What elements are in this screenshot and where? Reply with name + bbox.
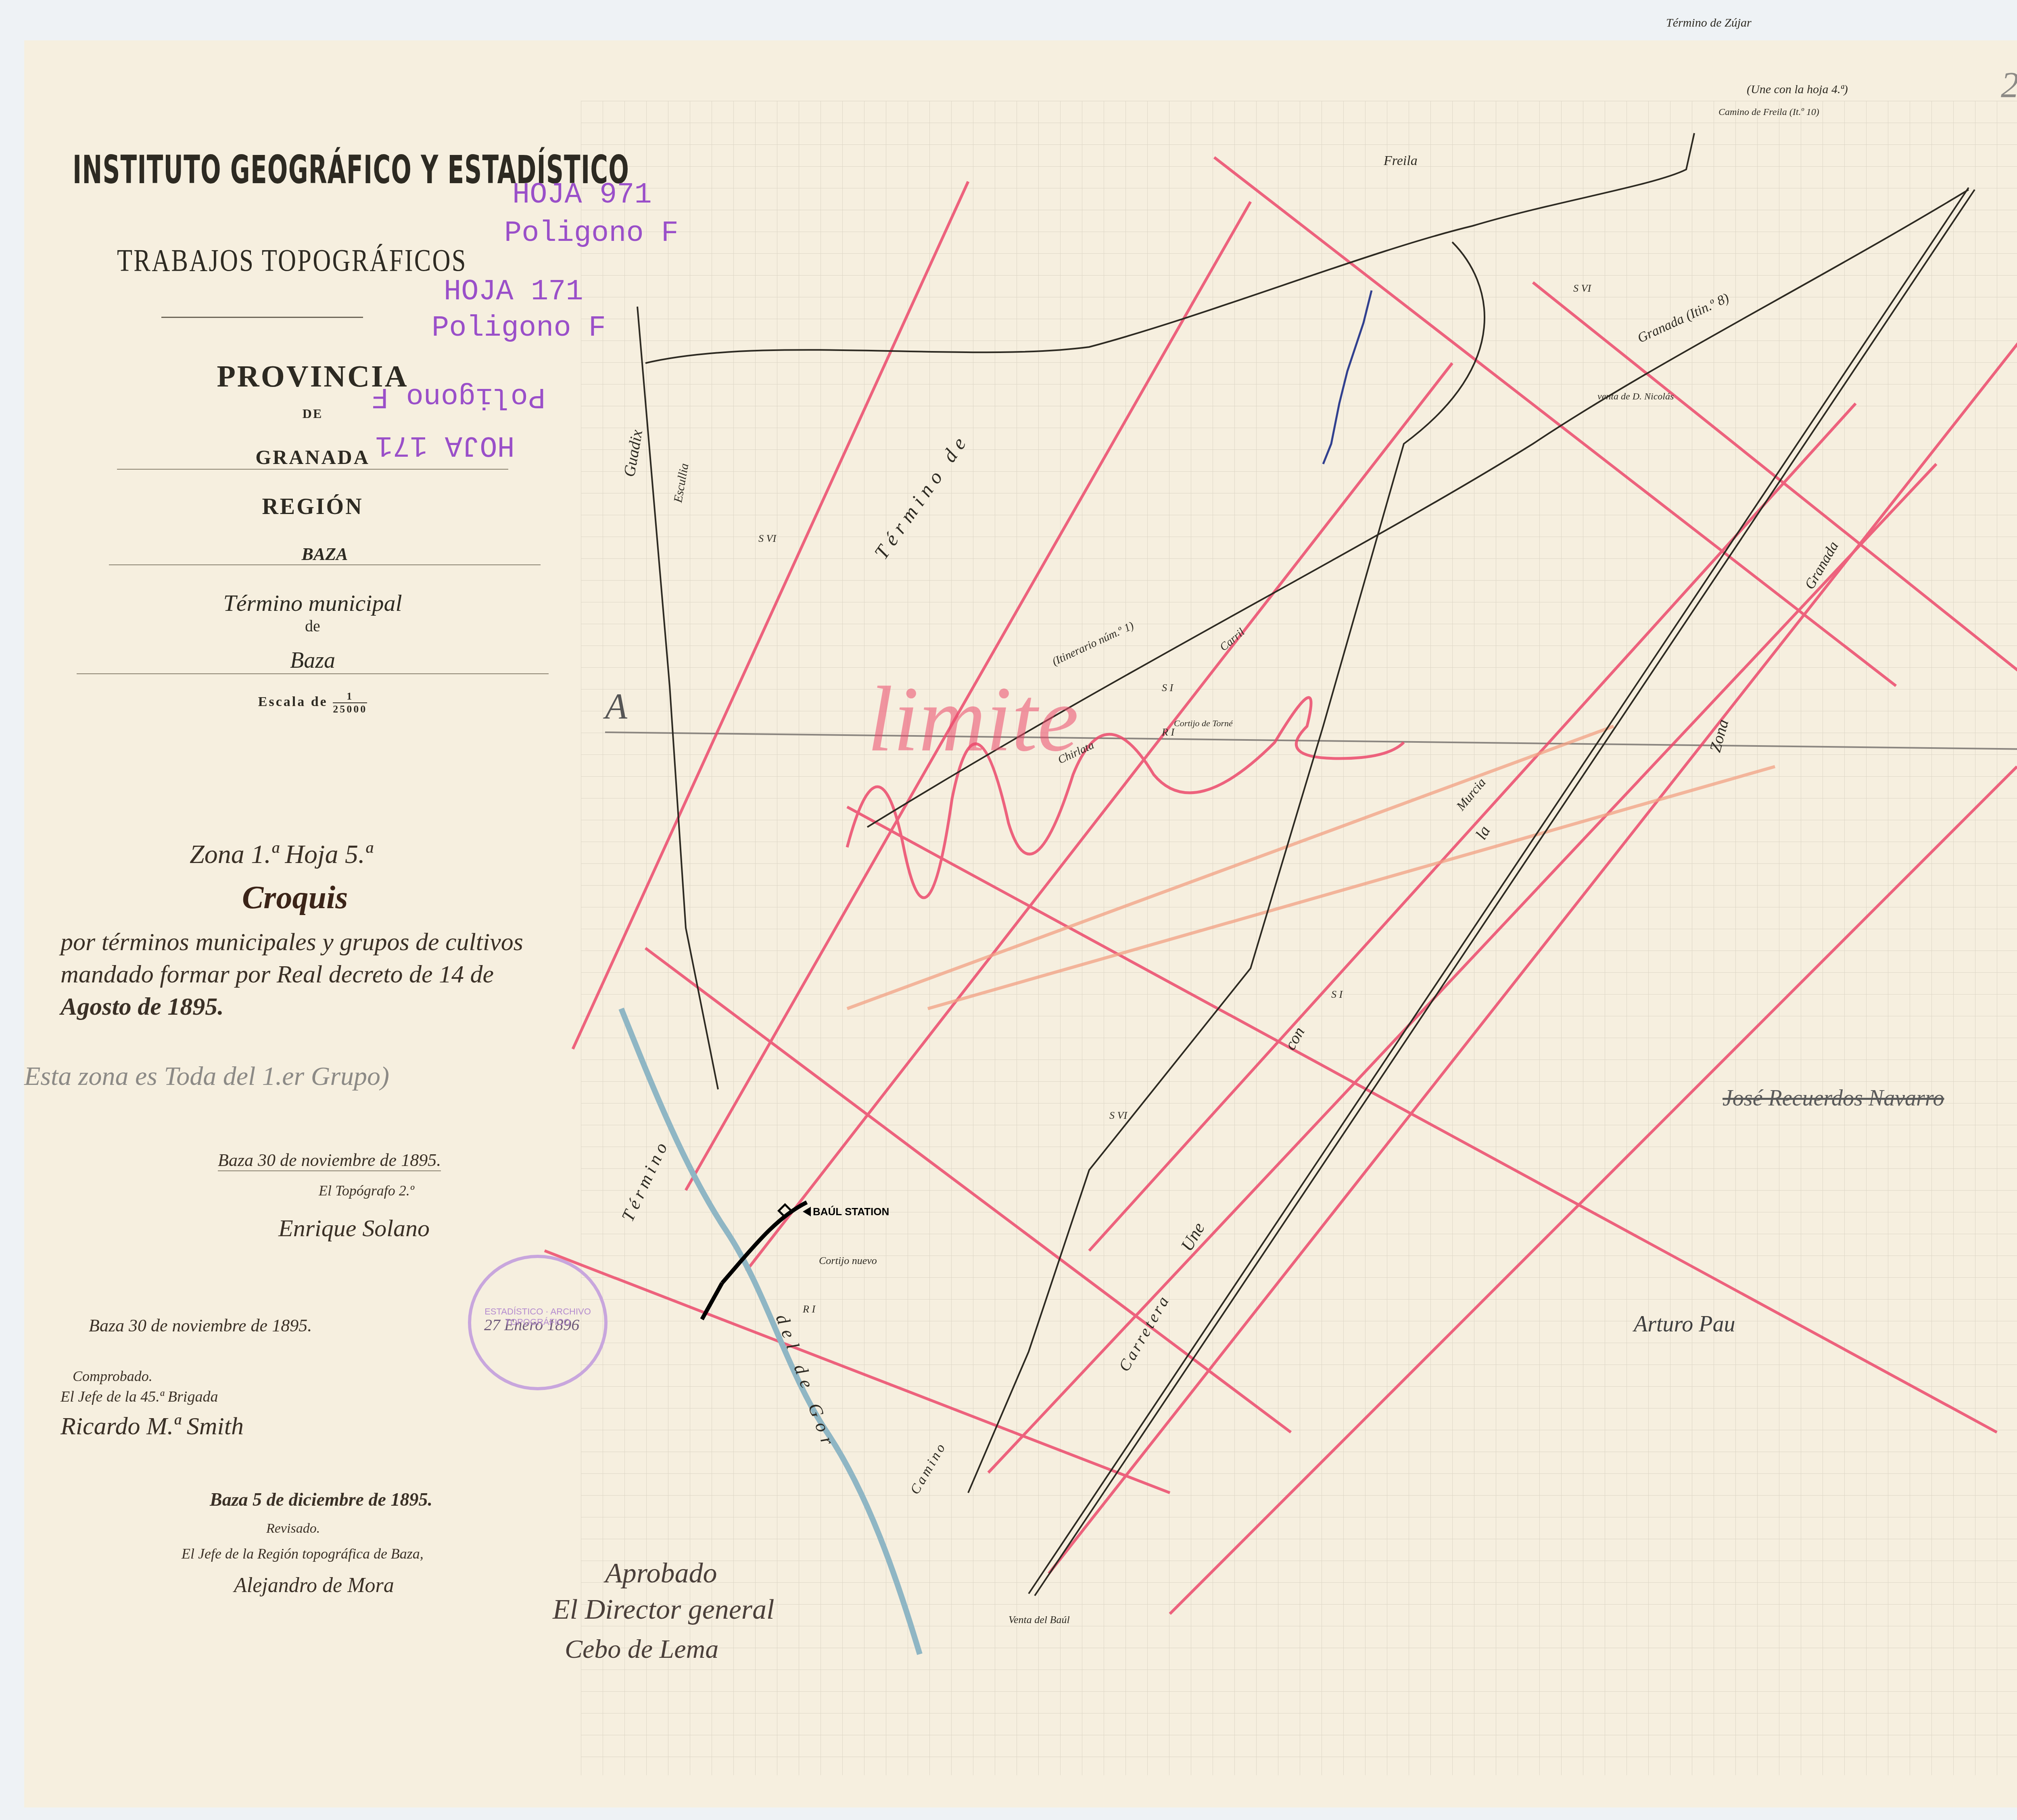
cultivo-code: S VI	[1573, 282, 1591, 295]
label-freila: Freila	[1384, 153, 1418, 169]
label-camino-freila: Camino de Freila (It.º 10)	[1718, 107, 1819, 118]
red-crayon-word: limite	[867, 666, 1079, 773]
arrow-left-icon	[803, 1207, 811, 1216]
blue-scribble	[1323, 290, 1372, 464]
road-network	[637, 133, 1975, 1596]
map-drawing	[0, 0, 2017, 1820]
reference-line-a-b	[605, 732, 2017, 754]
baul-station-label: BAÚL STATION	[813, 1206, 889, 1218]
cultivo-code: R I	[803, 1303, 815, 1315]
label-termino-zujar: Término de Zújar	[1666, 16, 1752, 30]
red-crayon-boundaries	[545, 157, 2017, 1614]
label-cortijo-nuevo: Cortijo nuevo	[819, 1255, 877, 1267]
cultivo-code: S I	[1162, 682, 1173, 694]
cultivo-code: S VI	[758, 533, 776, 545]
label-une-hoja: (Une con la hoja 4.ª)	[1747, 83, 1848, 96]
label-venta-baul: Venta del Baúl	[1008, 1614, 1070, 1626]
cultivo-code: S I	[1331, 988, 1343, 1001]
cultivo-code: R I	[1162, 726, 1174, 738]
cultivo-code: S VI	[1109, 1110, 1127, 1122]
label-cortijo-torne: Cortijo de Torné	[1174, 718, 1233, 729]
label-venta-nicolas: venta de D. Nicolás	[1597, 391, 1674, 402]
